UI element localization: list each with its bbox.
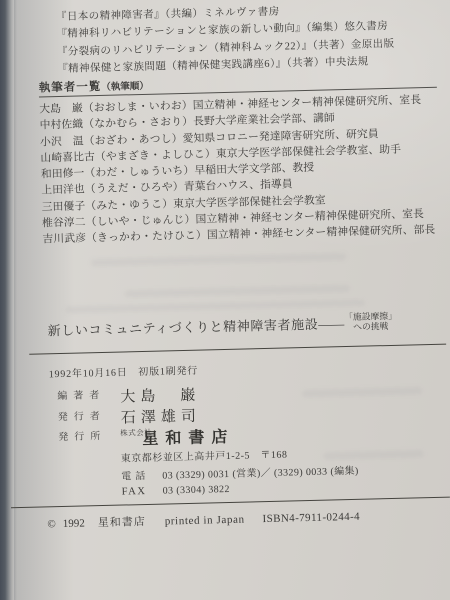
isbn-number: ISBN4-7911-0244-4 — [262, 511, 360, 525]
title-rule — [29, 344, 446, 355]
printed-in-japan: printed in Japan — [165, 514, 245, 528]
editor-label: 編著者 — [57, 386, 105, 402]
publisher-address: 東京都杉並区上高井戸1-2-5 〒168 — [121, 446, 288, 465]
issuer-label: 発行者 — [58, 407, 106, 423]
contributor-reading: （やまざき・よしひこ） — [95, 148, 216, 163]
contributor-affiliation: 早稲田大学文学部、教授 — [194, 162, 314, 177]
fax-number: 03 (3304) 3822 — [163, 484, 231, 497]
contributor-reading: （しいや・じゅんじ） — [86, 214, 196, 229]
bibliography-list: 『日本の精神障害者』（共編）ミネルヴァ書房 『精神科リハビリテーションと家族の新… — [56, 1, 395, 79]
contributor-reading: （うえだ・ひろや） — [85, 181, 184, 195]
copyright-line: ©1992星和書店printed in JapanISBN4-7911-0244… — [47, 508, 360, 532]
copyright-publisher: 星和書店 — [98, 513, 146, 530]
contributor-reading: （なかむら・さおり） — [83, 116, 193, 131]
showthrough-mark — [125, 285, 350, 297]
contributors-list: 大島 巌（おおしま・いわお）国立精神・神経センター精神保健研究所、室長 中村佐織… — [39, 92, 435, 248]
contributor-affiliation: 東京大学医学部保健社会学教室、助手 — [216, 144, 401, 161]
contributors-heading-text: 執筆者一覧 — [39, 81, 102, 95]
contributor-name: 和田修一 — [41, 168, 85, 181]
contributor-reading: （きっかわ・たけひこ） — [86, 230, 207, 245]
copyright-year: 1992 — [63, 517, 85, 530]
contributors-heading-note: （執筆順） — [101, 82, 149, 93]
publisher-name: 星和書店 — [142, 424, 235, 449]
contributor-name: 三田優子 — [42, 200, 86, 213]
contributor-name: 山崎喜比古 — [40, 151, 95, 164]
book-colophon-page-photo: 『日本の精神障害者』（共編）ミネルヴァ書房 『精神科リハビリテーションと家族の新… — [0, 0, 450, 600]
edition-line: 1992年10月16日 初版1刷発行 — [49, 362, 199, 381]
contributor-name: 吉川武彦 — [42, 233, 86, 246]
showthrough-mark — [91, 253, 346, 266]
fax-label: FAX — [122, 486, 147, 498]
phone-number: 03 (3329) 0031 (営業)／ (3329) 0033 (編集) — [162, 462, 359, 482]
contributor-reading: （おざわ・あつし） — [84, 133, 183, 147]
publisher-company-type: 株式会社 — [120, 429, 137, 437]
book-title-main: 新しいコミュニティづくりと精神障害者施設 — [48, 317, 319, 339]
contributor-affiliation: 東京大学医学部保健社会学教室 — [173, 194, 326, 210]
contributor-affiliation: 長野大学産業社会学部、講師 — [193, 113, 335, 128]
contributor-name: 中村佐織 — [40, 119, 84, 132]
contributor-name: 椎谷淳二 — [42, 216, 86, 229]
title-dash: ―― — [318, 316, 344, 332]
editor-name: 大島 巌 — [120, 384, 201, 407]
book-subtitle: 「施設摩擦」への挑戦 — [344, 311, 397, 332]
contributor-name: 上田洋也 — [41, 184, 85, 197]
contributor-affiliation: 国立精神・神経センター精神保健研究所、部長 — [207, 224, 436, 242]
book-title: 新しいコミュニティづくりと精神障害者施設――「施設摩擦」への挑戦 — [47, 312, 397, 341]
showthrough-mark — [302, 387, 422, 397]
contributor-reading: （おおしま・いわお） — [83, 100, 193, 115]
contributors-heading: 執筆者一覧（執筆順） — [39, 77, 149, 96]
subtitle-line1: 「施設摩擦」 — [344, 311, 397, 322]
phone-label: 電話 — [121, 467, 149, 483]
footer-rule — [11, 497, 450, 509]
contributor-reading: （みた・ゆうこ） — [85, 198, 173, 212]
contributor-name: 大島 巌 — [39, 102, 83, 115]
page-content: 『日本の精神障害者』（共編）ミネルヴァ書房 『精神科リハビリテーションと家族の新… — [0, 0, 450, 600]
contributor-name: 小沢 温 — [40, 135, 84, 148]
copyright-symbol: © — [47, 518, 56, 530]
publisher-label: 発行所 — [58, 427, 106, 443]
subtitle-line2: への挑戦 — [353, 321, 388, 332]
showthrough-mark — [324, 450, 424, 459]
showthrough-mark — [65, 300, 365, 313]
contributor-reading: （わだ・しゅういち） — [84, 165, 194, 180]
contributor-affiliation: 青葉台ハウス、指導員 — [184, 179, 293, 194]
